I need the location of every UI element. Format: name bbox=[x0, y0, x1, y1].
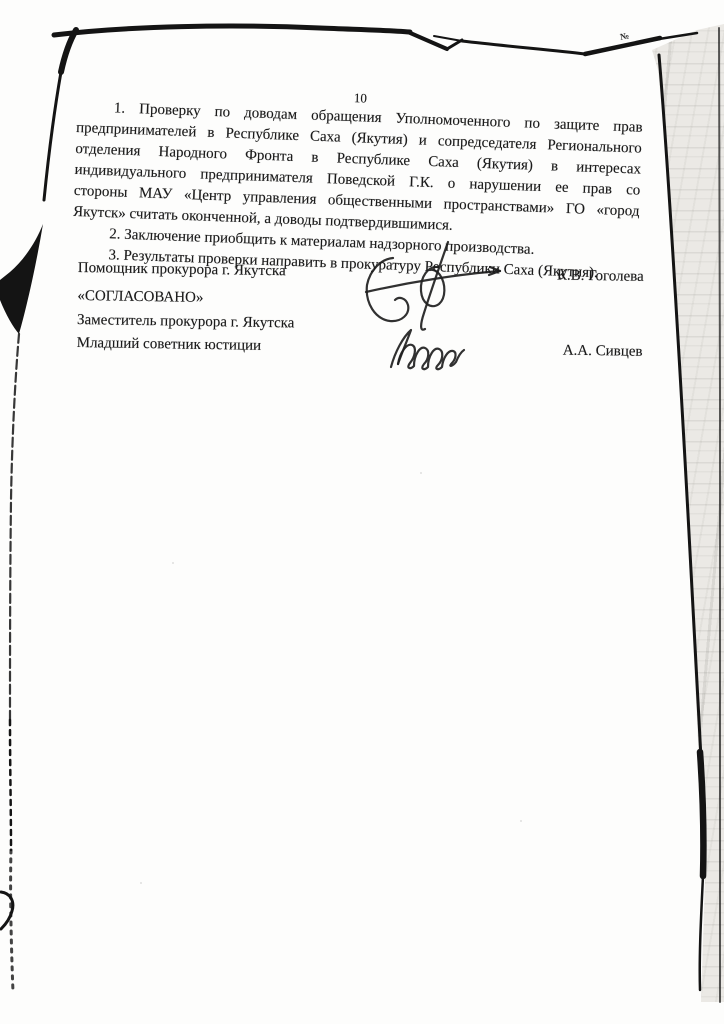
scan-speck bbox=[520, 820, 522, 822]
page-left-edge bbox=[0, 30, 76, 992]
document-body: 10 1. Проверку по доводам обращения Упол… bbox=[71, 78, 643, 286]
deputy-prosecutor-rank: Младший советник юстиции bbox=[77, 333, 262, 356]
assistant-prosecutor-name: К.В. Гоголева bbox=[557, 266, 644, 287]
deputy-prosecutor-name: А.А. Сивцев bbox=[563, 341, 643, 362]
scan-speck bbox=[420, 472, 422, 474]
assistant-prosecutor-title: Помощник прокурора г. Якутска bbox=[78, 258, 286, 281]
page-top-edge bbox=[54, 26, 697, 54]
left-edge-hook-mark bbox=[1, 892, 13, 929]
scan-speck bbox=[172, 562, 174, 564]
agreed-stamp-label: «СОГЛАСОВАНО» bbox=[77, 286, 203, 308]
scan-speck bbox=[510, 160, 512, 162]
number-sign-mark: № bbox=[619, 30, 631, 42]
scan-speck bbox=[240, 235, 242, 237]
scan-speck bbox=[140, 882, 142, 884]
left-edge-fold-shadow bbox=[0, 224, 43, 334]
scanned-document-page: 10 1. Проверку по доводам обращения Упол… bbox=[0, 0, 724, 1024]
deputy-prosecutor-title: Заместитель прокурора г. Якутска bbox=[77, 310, 295, 333]
signature-block: Помощник прокурора г. Якутска К.В. Гогол… bbox=[77, 258, 644, 362]
